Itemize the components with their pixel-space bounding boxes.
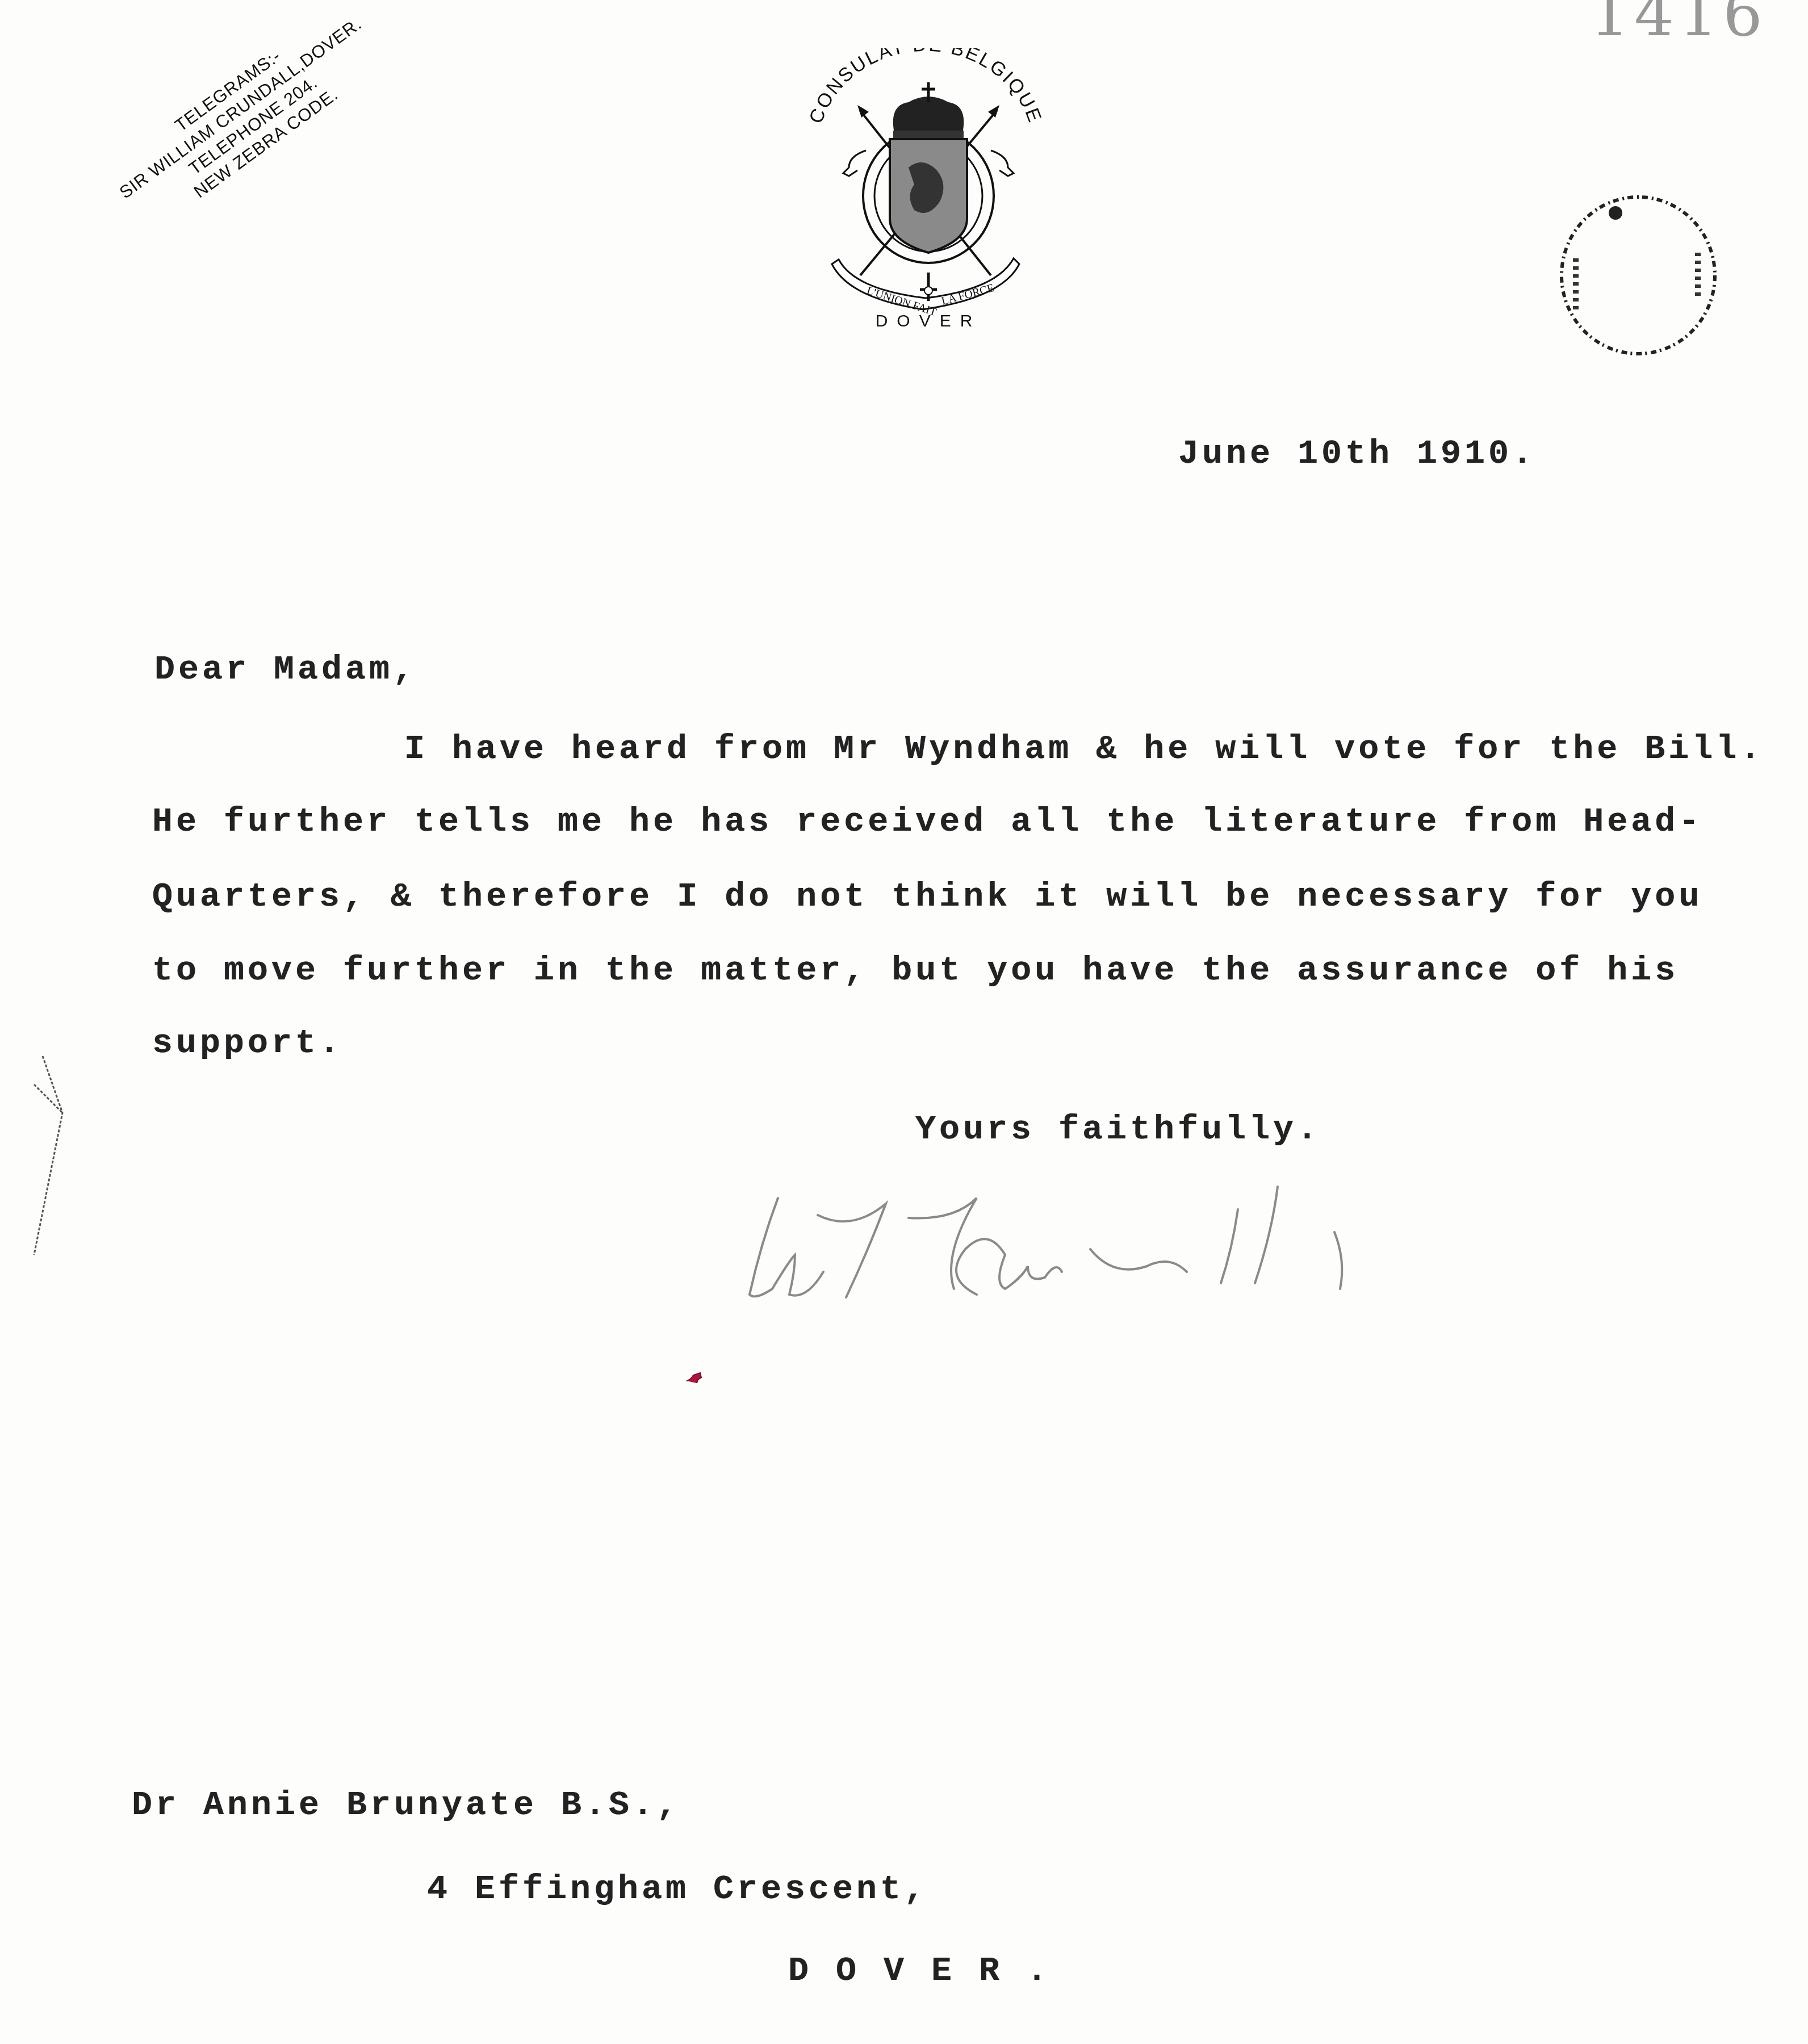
body-line-1: I have heard from Mr Wyndham & he will v… bbox=[404, 732, 1764, 767]
letter-date: June 10th 1910. bbox=[1178, 437, 1536, 471]
handwritten-signature bbox=[738, 1164, 1760, 1312]
red-ink-mark bbox=[684, 1367, 707, 1384]
telegram-address-block: TELEGRAMS:- SIR WILLIAM CRUNDALL,DOVER. … bbox=[102, 0, 392, 238]
recipient-street: 4 Effingham Crescent, bbox=[427, 1873, 928, 1907]
recipient-city: D O V E R . bbox=[788, 1954, 1051, 1988]
letter-page: 1416 TELEGRAMS:- SIR WILLIAM CRUNDALL,DO… bbox=[0, 0, 1808, 2044]
closing: Yours faithfully. bbox=[915, 1113, 1321, 1147]
body-line-4: to move further in the matter, but you h… bbox=[152, 954, 1679, 988]
consulate-crest: CONSULAT DE BELGIQUE L'UNION FAIT LA FOR… bbox=[792, 48, 1059, 326]
recipient-name: Dr Annie Brunyate B.S., bbox=[132, 1789, 680, 1823]
archive-number-handwritten: 1416 bbox=[1590, 0, 1767, 50]
binding-mark bbox=[11, 1033, 68, 1260]
body-line-3: Quarters, & therefore I do not think it … bbox=[152, 880, 1702, 914]
crest-motto-right: LA FORCE bbox=[940, 282, 995, 308]
salutation: Dear Madam, bbox=[154, 653, 417, 687]
body-line-2: He further tells me he has received all … bbox=[152, 805, 1702, 839]
crest-city: DOVER bbox=[876, 312, 982, 326]
postal-stamp-mark bbox=[1553, 190, 1723, 361]
body-line-5: support. bbox=[152, 1027, 343, 1061]
